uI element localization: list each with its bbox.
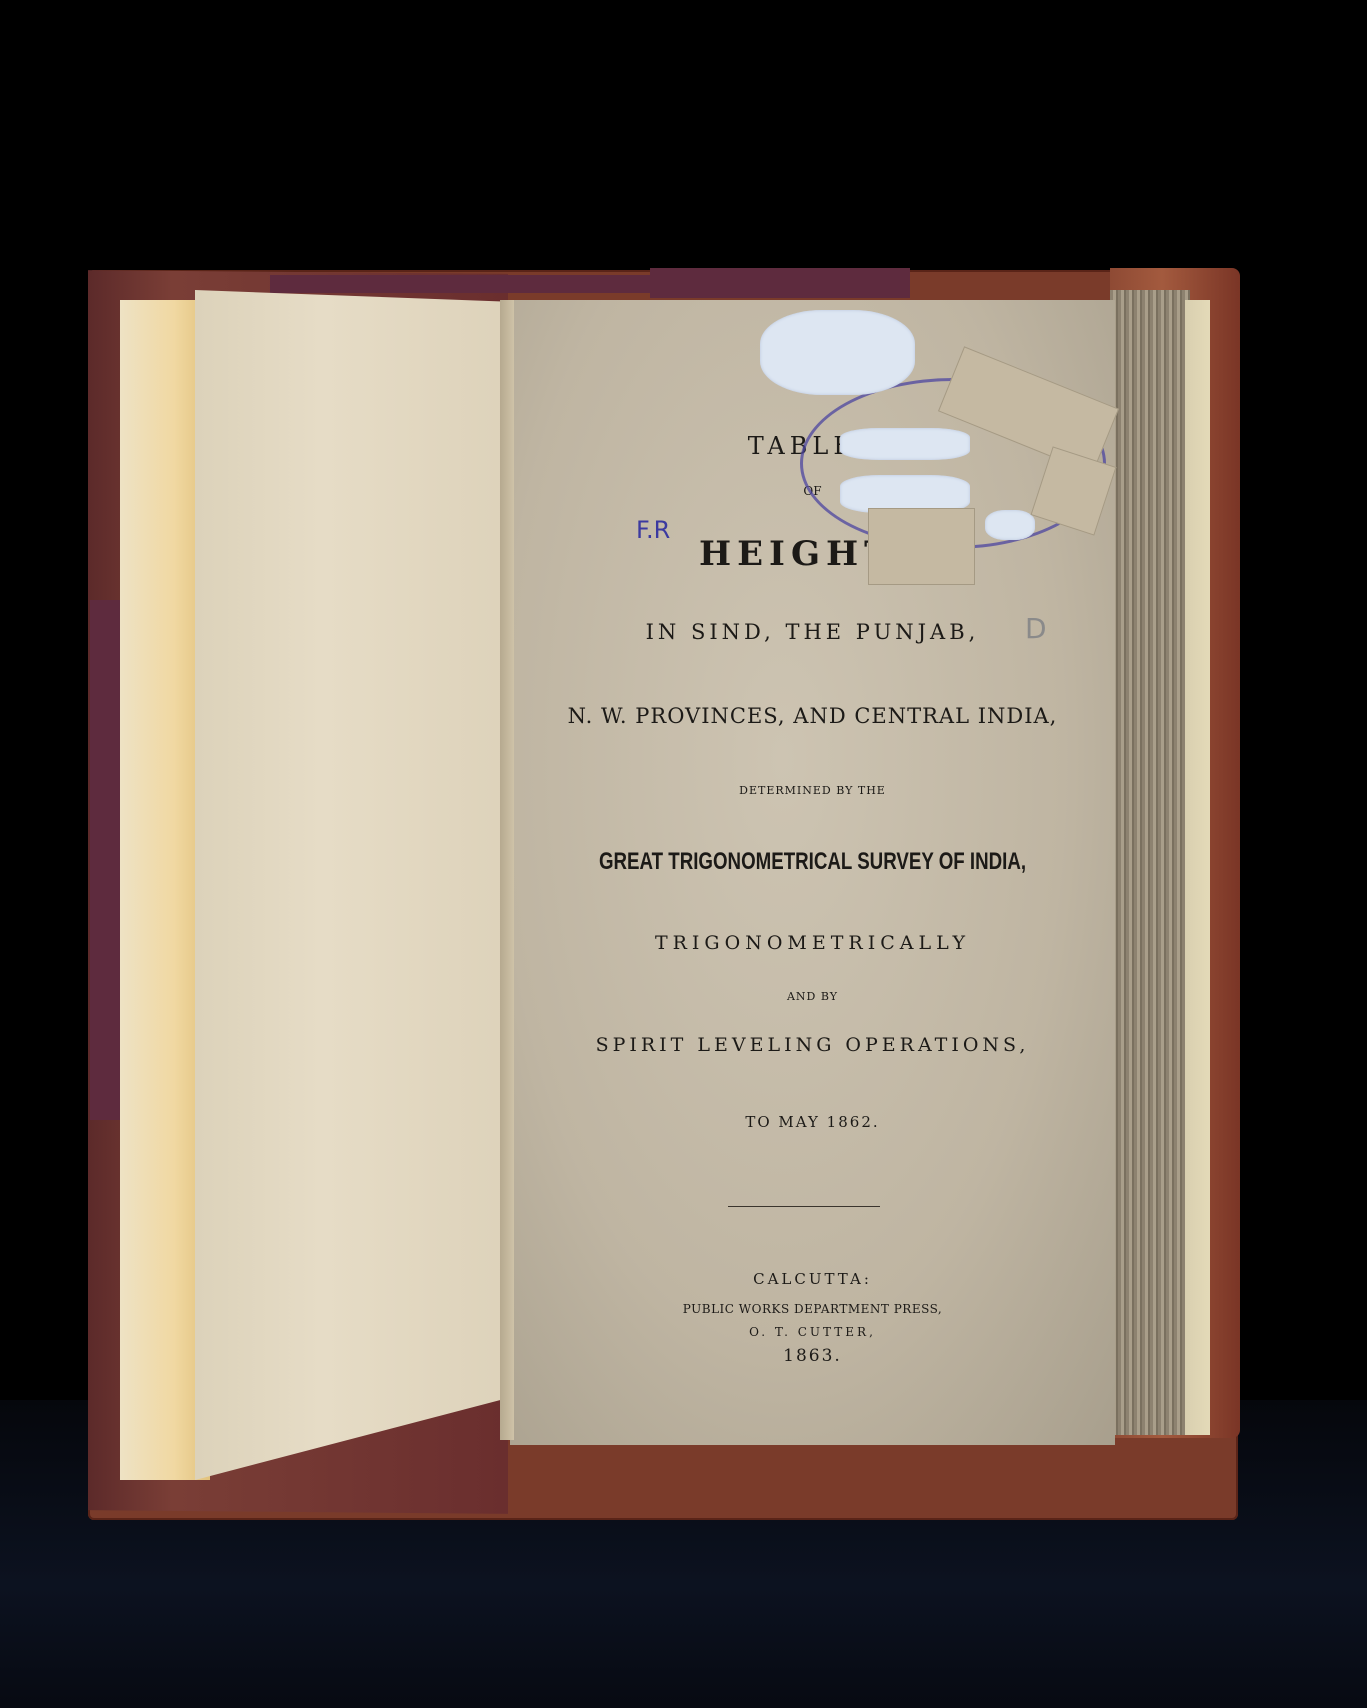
imprint-press: PUBLIC WORKS DEPARTMENT PRESS, bbox=[510, 1302, 1115, 1316]
title-word-heights: HEIGHTS bbox=[510, 534, 1115, 574]
page-block-light-edges bbox=[1185, 300, 1210, 1435]
title-regions-2: N. W. PROVINCES, AND CENTRAL INDIA, bbox=[510, 704, 1115, 728]
title-date: TO MAY 1862. bbox=[510, 1113, 1115, 1131]
cover-right-band bbox=[650, 268, 910, 298]
paint-blot-top bbox=[760, 310, 915, 395]
pencil-letter: D bbox=[1025, 612, 1047, 645]
paint-blot-right bbox=[985, 510, 1035, 540]
divider-rule bbox=[728, 1206, 880, 1207]
flyleaf-page bbox=[195, 290, 513, 1480]
paint-blot-mid bbox=[840, 428, 970, 460]
cover-top-band bbox=[270, 275, 690, 293]
title-and-by: AND BY bbox=[510, 990, 1115, 1003]
cover-side-band bbox=[90, 600, 120, 1120]
imprint-city: CALCUTTA: bbox=[510, 1270, 1115, 1288]
title-determined: DETERMINED BY THE bbox=[510, 784, 1115, 797]
title-spirit-leveling: SPIRIT LEVELING OPERATIONS, bbox=[510, 1034, 1115, 1056]
paper-patch-3 bbox=[868, 508, 975, 585]
ink-initials: F.R bbox=[636, 516, 670, 544]
imprint-year: 1863. bbox=[510, 1346, 1115, 1366]
page-block-edges bbox=[1110, 290, 1190, 1435]
title-trig: TRIGONOMETRICALLY bbox=[510, 932, 1115, 954]
gutter bbox=[500, 300, 514, 1440]
title-survey: GREAT TRIGONOMETRICAL SURVEY OF INDIA, bbox=[577, 848, 1049, 876]
imprint-printer: O. T. CUTTER, bbox=[510, 1325, 1115, 1339]
